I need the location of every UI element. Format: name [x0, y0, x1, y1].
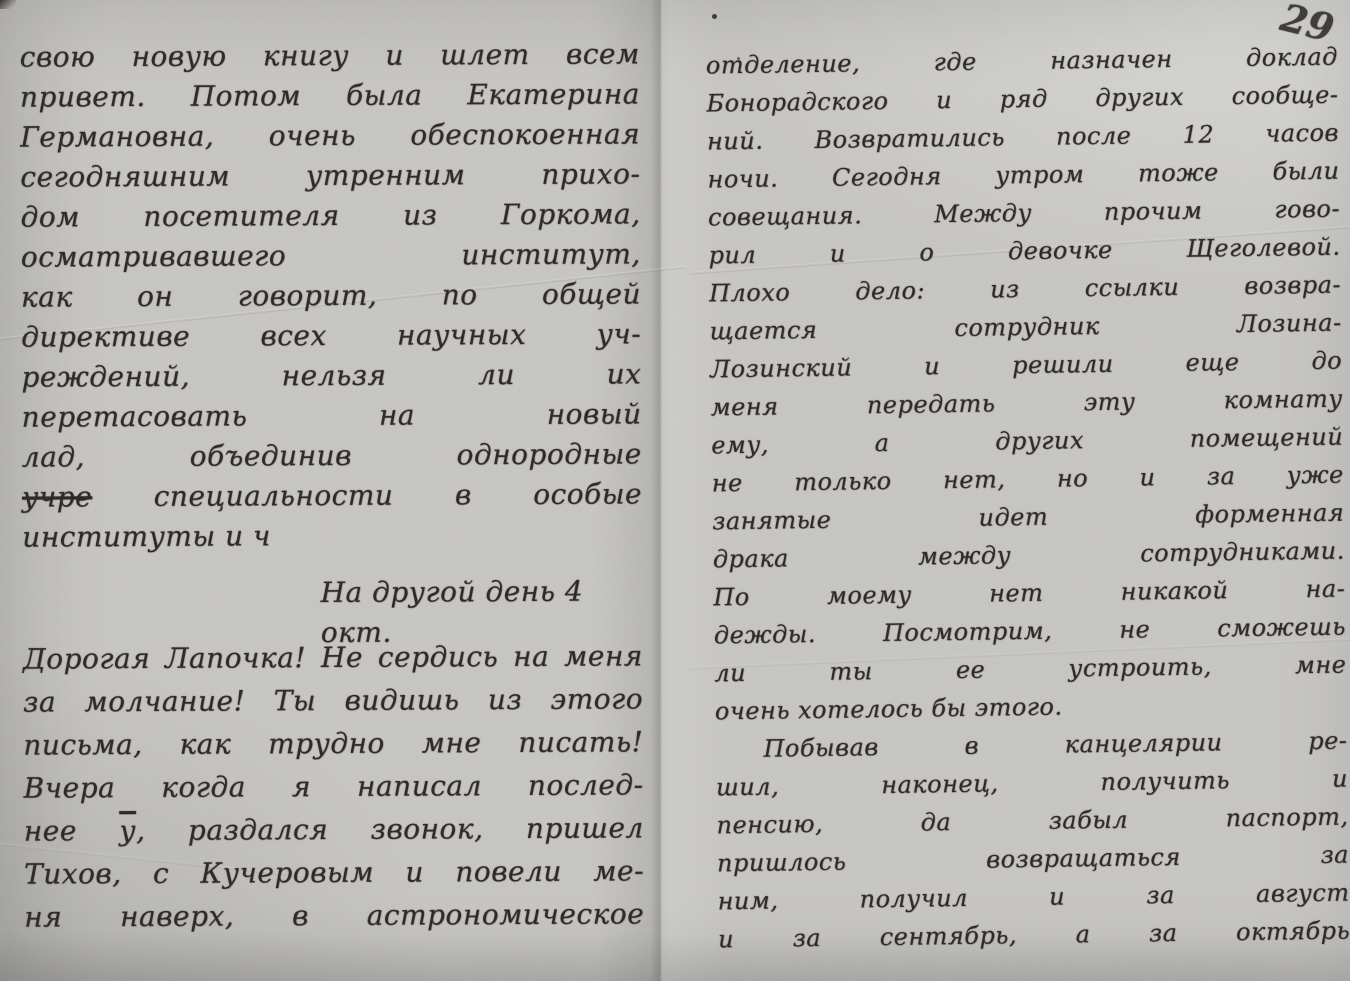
left-paragraph-1: свою новую книгу и шлет всем привет. Пот…	[20, 34, 643, 557]
handwritten-line: Вчера когда я написал послед-	[23, 763, 643, 809]
handwritten-line-with-strikeout: учре специальности в особые	[22, 474, 642, 517]
handwritten-line: реждений, нельзя ли их	[21, 354, 641, 397]
right-page-column: отделение, где назначен доклад Бонорадск…	[706, 38, 1350, 959]
struck-word: учре	[22, 480, 92, 513]
vertical-fold-crease	[650, 0, 670, 981]
left-paragraph-2: Дорогая Лапочка! Не сердись на меня за м…	[23, 634, 645, 938]
handwritten-line: ня наверх, в астрономическое	[24, 892, 644, 938]
line-remainder: специальности в особые	[92, 477, 642, 513]
handwritten-line: как он говорит, по общей	[21, 274, 641, 317]
handwritten-line: за молчание! Ты видишь из этого	[23, 677, 643, 723]
left-page-column: свою новую книгу и шлет всем привет. Пот…	[20, 34, 645, 938]
line-prefix: нее	[24, 814, 120, 847]
handwritten-line: Дорогая Лапочка! Не сердись на меня	[23, 634, 643, 680]
handwritten-line: и за сентябрь, а за октябрь	[718, 912, 1350, 959]
handwritten-line: свою новую книгу и шлет всем	[20, 34, 640, 77]
handwritten-line: институты и ч	[22, 514, 642, 557]
handwritten-line: привет. Потом была Екатерина	[20, 74, 640, 117]
line-remainder: , раздался звонок, пришел	[136, 811, 644, 847]
handwritten-line: перетасовать на новый	[22, 394, 642, 437]
handwritten-line: директиве всех научных уч-	[21, 314, 641, 357]
handwritten-line: письма, как трудно мне писать!	[23, 720, 643, 766]
handwritten-line-with-crossed-letter: нее у, раздался звонок, пришел	[24, 806, 644, 852]
crossed-out-letter: у	[119, 814, 136, 847]
handwritten-line: лад, объединив однородные	[22, 434, 642, 477]
handwritten-line: дом посетителя из Горкома,	[20, 194, 640, 237]
handwritten-line: Тихов, с Кучеровым и повели ме-	[24, 849, 644, 895]
ink-dot	[712, 14, 717, 19]
date-line: На другой день 4 окт.	[22, 571, 642, 614]
handwritten-line: Германовна, очень обеспокоенная	[20, 114, 640, 157]
letter-scan: 29 свою новую книгу и шлет всем привет. …	[0, 0, 1350, 981]
handwritten-line: осматривавшего институт,	[21, 234, 641, 277]
scan-edge-mark	[0, 0, 16, 9]
handwritten-line: сегодняшним утренним прихо-	[20, 154, 640, 197]
